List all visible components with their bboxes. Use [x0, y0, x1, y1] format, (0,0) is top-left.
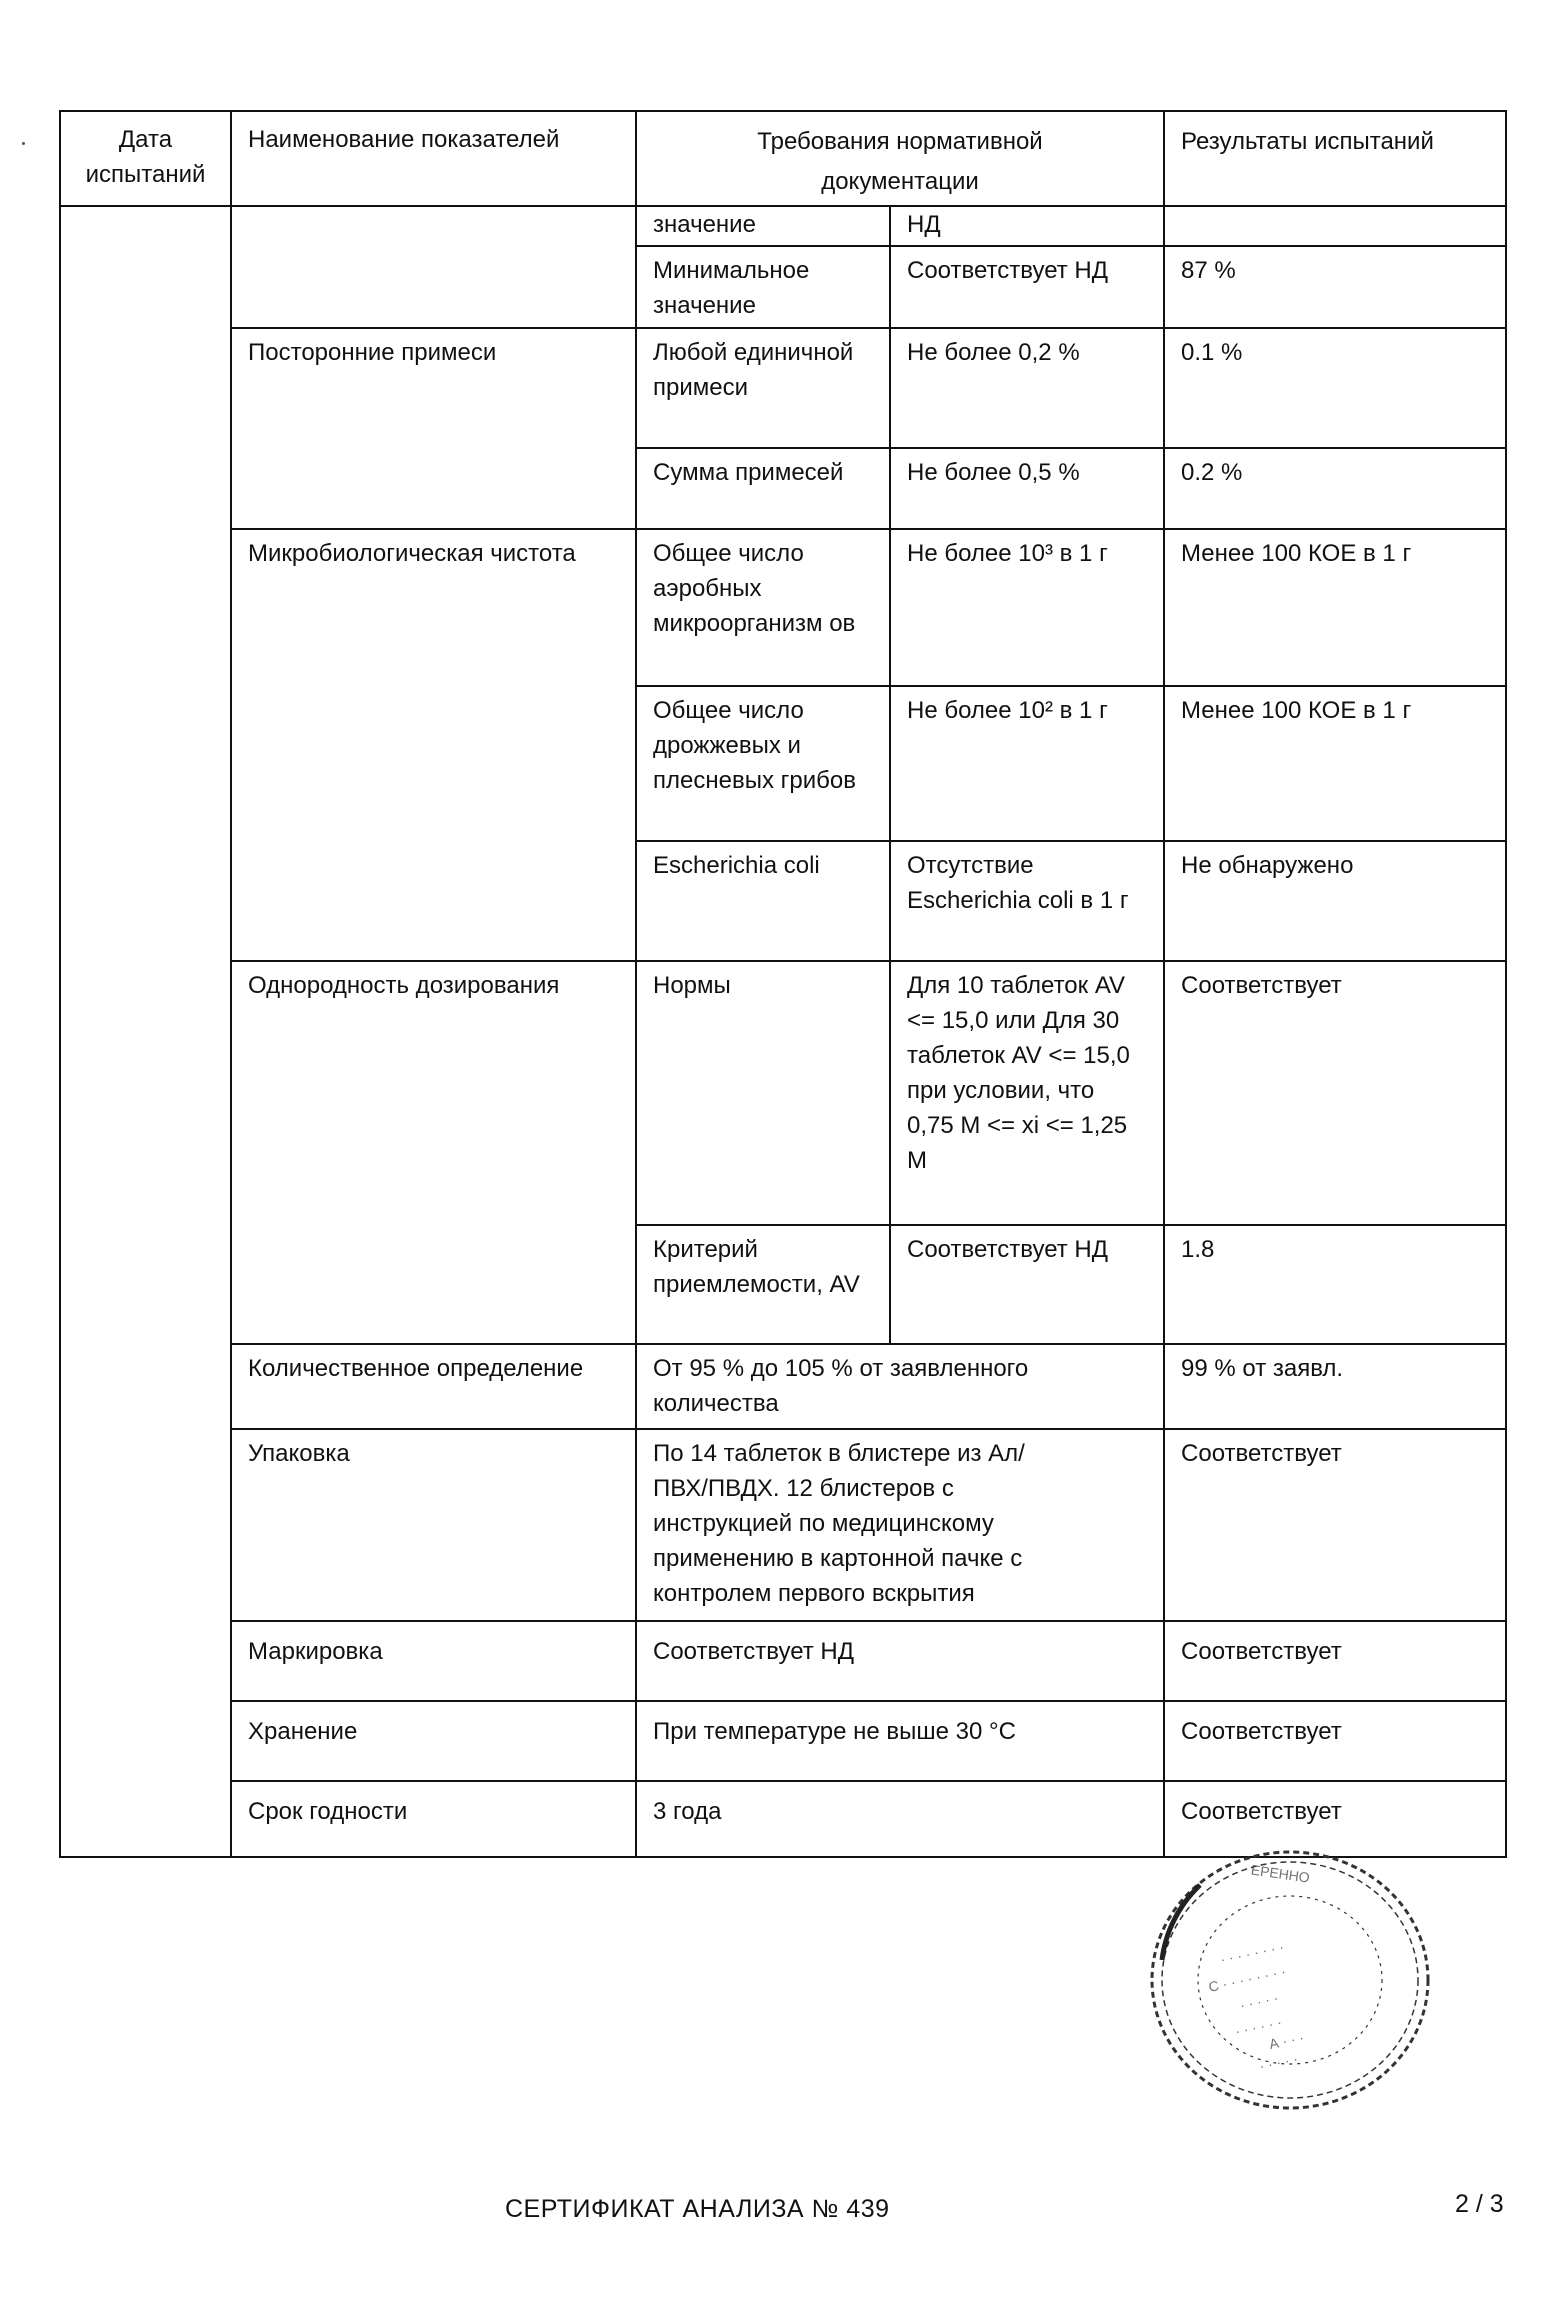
- svg-text:А · · ·: А · · ·: [1268, 2029, 1306, 2052]
- row-res: Не обнаружено: [1164, 841, 1506, 961]
- row-req: Не более 0,2 %: [890, 328, 1164, 448]
- row-res: Менее 100 КОЕ в 1 г: [1164, 529, 1506, 686]
- table-row: Хранение При температуре не выше 30 °С С…: [60, 1701, 1506, 1781]
- table-row: Посторонние примеси Любой единичной прим…: [60, 328, 1506, 448]
- row-res: Соответствует: [1164, 1429, 1506, 1621]
- row-sub: Нормы: [636, 961, 890, 1225]
- round-seal-stamp-icon: ЕРЕННО · · · · · · · · С · · · · · · · ·…: [1140, 1840, 1440, 2130]
- date-cell: [60, 206, 231, 1857]
- row-name: Хранение: [231, 1701, 636, 1781]
- row-name: Срок годности: [231, 1781, 636, 1857]
- svg-text:· · · · ·: · · · · ·: [1258, 2050, 1299, 2074]
- scan-speck: [22, 142, 25, 145]
- row-sub: Общее число дрожжевых и плесневых грибов: [636, 686, 890, 841]
- row-req: От 95 % до 105 % от заявленного количест…: [636, 1344, 1164, 1429]
- table-row: Однородность дозирования Нормы Для 10 та…: [60, 961, 1506, 1225]
- header-date: Дата испытаний: [60, 111, 231, 206]
- row-req: Соответствует НД: [636, 1621, 1164, 1701]
- table-row: значение НД: [60, 206, 1506, 246]
- row-sub: Критерий приемлемости, AV: [636, 1225, 890, 1344]
- page-indicator: 2 / 3: [1455, 2190, 1504, 2219]
- certificate-page: Дата испытаний Наименование показателей …: [0, 0, 1550, 2304]
- row-req: НД: [890, 206, 1164, 246]
- analysis-table: Дата испытаний Наименование показателей …: [59, 110, 1507, 1858]
- row-req: 3 года: [636, 1781, 1164, 1857]
- row-res: 1.8: [1164, 1225, 1506, 1344]
- row-res: Соответствует: [1164, 1621, 1506, 1701]
- row-name: Посторонние примеси: [231, 328, 636, 529]
- row-sub: Сумма примесей: [636, 448, 890, 529]
- svg-text:· · · · ·: · · · · ·: [1238, 1990, 1279, 2014]
- row-req: По 14 таблеток в блистере из Ал/ПВХ/ПВДХ…: [636, 1429, 1164, 1621]
- header-requirements: Требования нормативной документации: [636, 111, 1164, 206]
- table-header-row: Дата испытаний Наименование показателей …: [60, 111, 1506, 206]
- row-req: Не более 0,5 %: [890, 448, 1164, 529]
- row-req: Не более 10³ в 1 г: [890, 529, 1164, 686]
- row-req: Для 10 таблеток AV <= 15,0 или Для 30 та…: [890, 961, 1164, 1225]
- row-res: [1164, 206, 1506, 246]
- row-res: 87 %: [1164, 246, 1506, 328]
- row-res: 99 % от заявл.: [1164, 1344, 1506, 1429]
- row-name: [231, 206, 636, 328]
- row-req: Отсутствие Escherichia coli в 1 г: [890, 841, 1164, 961]
- row-name: Маркировка: [231, 1621, 636, 1701]
- row-sub: Любой единичной примеси: [636, 328, 890, 448]
- row-res: Соответствует: [1164, 1701, 1506, 1781]
- header-name: Наименование показателей: [231, 111, 636, 206]
- row-name: Упаковка: [231, 1429, 636, 1621]
- row-sub: значение: [636, 206, 890, 246]
- row-name: Микробиологическая чистота: [231, 529, 636, 961]
- row-res: Менее 100 КОЕ в 1 г: [1164, 686, 1506, 841]
- header-results: Результаты испытаний: [1164, 111, 1506, 206]
- row-req: Соответствует НД: [890, 246, 1164, 328]
- row-sub: Общее число аэробных микроорганизм ов: [636, 529, 890, 686]
- table-row: Микробиологическая чистота Общее число а…: [60, 529, 1506, 686]
- row-name: Количественное определение: [231, 1344, 636, 1429]
- row-res: 0.1 %: [1164, 328, 1506, 448]
- svg-text:ЕРЕННО: ЕРЕННО: [1250, 1862, 1311, 1886]
- table-row: Упаковка По 14 таблеток в блистере из Ал…: [60, 1429, 1506, 1621]
- svg-text:· · · · · · · ·: · · · · · · · ·: [1219, 1938, 1285, 1967]
- row-sub: Минимальное значение: [636, 246, 890, 328]
- certificate-title: СЕРТИФИКАТ АНАЛИЗА № 439: [505, 2195, 890, 2224]
- row-req: Соответствует НД: [890, 1225, 1164, 1344]
- row-name: Однородность дозирования: [231, 961, 636, 1344]
- table-row: Количественное определение От 95 % до 10…: [60, 1344, 1506, 1429]
- row-req: При температуре не выше 30 °С: [636, 1701, 1164, 1781]
- row-sub: Escherichia coli: [636, 841, 890, 961]
- row-req: Не более 10² в 1 г: [890, 686, 1164, 841]
- row-res: Соответствует: [1164, 961, 1506, 1225]
- row-res: 0.2 %: [1164, 448, 1506, 529]
- table-row: Маркировка Соответствует НД Соответствуе…: [60, 1621, 1506, 1701]
